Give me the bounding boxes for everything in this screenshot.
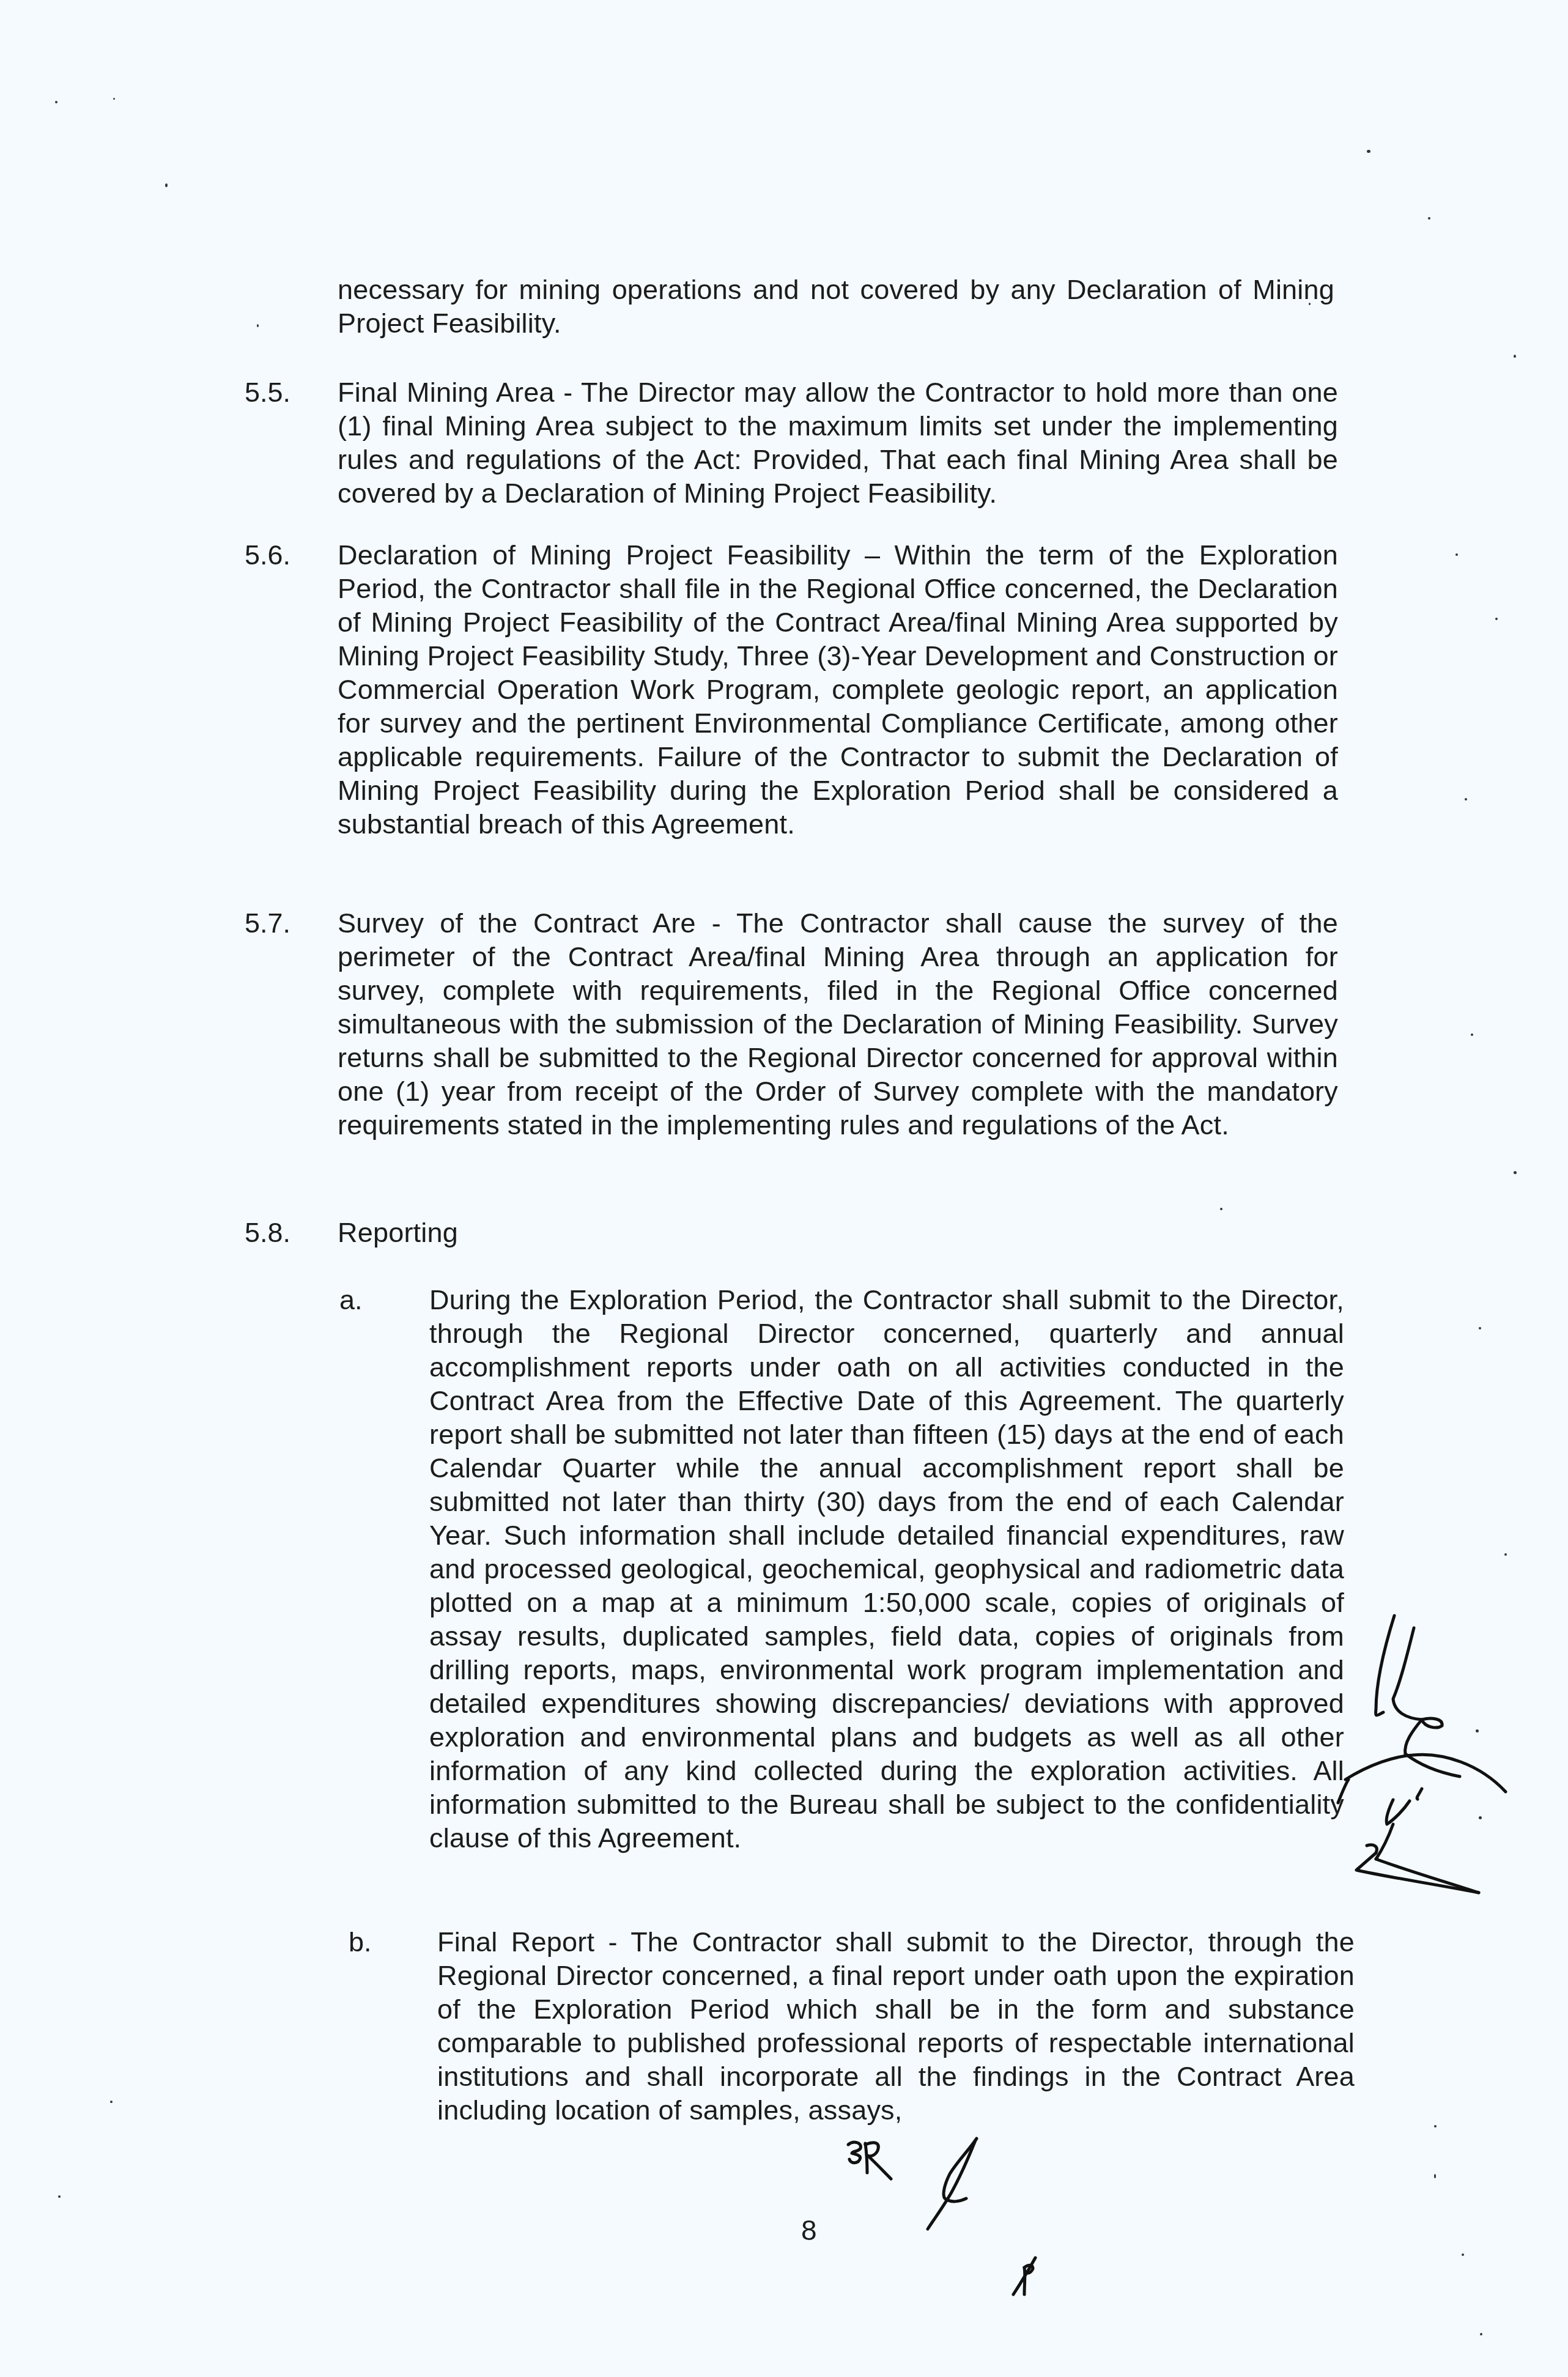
scan-speck [1479,1327,1481,1329]
scan-speck [55,101,57,103]
scan-speck [1220,1208,1222,1210]
scan-speck [110,2101,113,2103]
scan-speck [165,183,168,187]
subsection-letter-b: b. [349,1925,372,1959]
margin-signature-icon [1315,1590,1568,1932]
document-page: necessary for mining operations and not … [0,0,1568,2377]
scan-speck [1434,2125,1437,2127]
scan-speck [113,98,115,100]
initials-signature-icon [847,2137,896,2183]
section-5-8-heading: Reporting [338,1216,704,1249]
scan-speck [1471,1033,1473,1036]
scan-speck [1428,217,1430,220]
section-5-6-text: Declaration of Mining Project Feasibilit… [338,538,1338,841]
scan-speck [257,324,259,327]
scan-speck [1514,1171,1517,1174]
scan-speck [1495,618,1498,620]
scan-speck [1479,1816,1482,1819]
bottom-signature-icon [926,2137,982,2235]
scan-speck [1367,150,1370,153]
scan-speck [1476,1729,1479,1732]
page-number: 8 [801,2214,817,2247]
section-number-5-7: 5.7. [245,906,290,940]
scan-speck [1434,2174,1436,2178]
scan-speck [1504,1553,1507,1556]
scan-speck [1514,355,1516,358]
section-5-7-text: Survey of the Contract Are - The Contrac… [338,906,1338,1142]
scan-speck [1462,2253,1464,2256]
scan-speck [1309,303,1311,305]
section-number-5-8: 5.8. [245,1216,290,1249]
continuation-paragraph: necessary for mining operations and not … [338,273,1334,340]
section-number-5-5: 5.5. [245,375,290,409]
subsection-letter-a: a. [339,1283,363,1317]
section-number-5-6: 5.6. [245,538,290,572]
scan-speck [58,2195,61,2198]
corner-initial-icon [1012,2257,1037,2299]
subsection-a-text: During the Exploration Period, the Contr… [429,1283,1344,1855]
scan-speck [1465,798,1467,800]
scan-speck [1480,2333,1482,2335]
section-5-5-text: Final Mining Area - The Director may all… [338,375,1338,510]
subsection-b-text: Final Report - The Contractor shall subm… [437,1925,1355,2127]
scan-speck [1455,553,1458,556]
